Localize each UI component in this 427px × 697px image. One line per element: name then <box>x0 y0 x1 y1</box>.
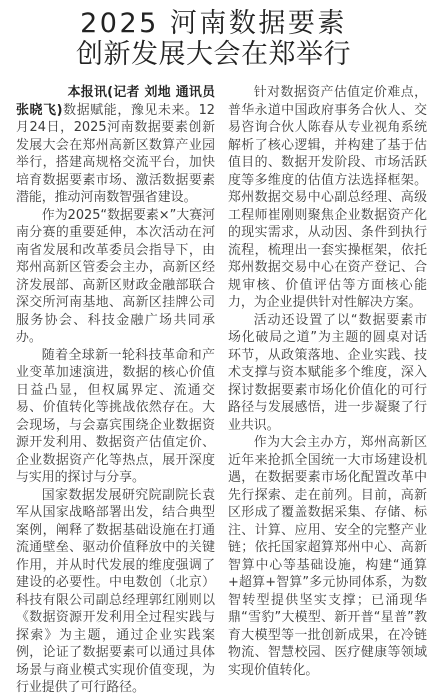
headline-line-2: 创新发展大会在郑举行 <box>0 39 427 70</box>
column-left: 本报讯(记者 刘地 通讯员 张晓飞)数据赋能，豫见未来。12月24日，2025河… <box>16 84 215 572</box>
article-headline: 2025 河南数据要素 创新发展大会在郑举行 <box>0 0 427 70</box>
paragraph-lead: 本报讯(记者 刘地 通讯员 张晓飞)数据赋能，豫见未来。12月24日，2025河… <box>16 84 215 207</box>
headline-line-1: 2025 河南数据要素 <box>0 8 427 39</box>
paragraph: 活动还设置了以“数据要素市场化破局之道”为主题的圆桌对话环节，从政策落地、企业实… <box>228 312 427 435</box>
article-body: 本报讯(记者 刘地 通讯员 张晓飞)数据赋能，豫见未来。12月24日，2025河… <box>0 84 427 572</box>
column-right: 针对数据资产估值定价难点，普华永道中国政府事务合伙人、交易咨询合伙人陈春从专业视… <box>228 84 427 572</box>
paragraph: 随着全球新一轮科技革命和产业变革加速演进，数据的核心价值日益凸显，但权属界定、流… <box>16 347 215 487</box>
paragraph: 作为2025“数据要素×”大赛河南分赛的重要延伸，本次活动在河南省发展和改革委员… <box>16 207 215 347</box>
paragraph: 针对数据资产估值定价难点，普华永道中国政府事务合伙人、交易咨询合伙人陈春从专业视… <box>228 84 427 312</box>
paragraph: 作为大会主办方，郑州高新区近年来抢抓全国统一大市场建设机遇，在数据要素市场化配置… <box>228 434 427 572</box>
paragraph: 国家数据发展研究院副院长袁军从国家战略部署出发，结合典型案例，阐释了数据基础设施… <box>16 487 215 573</box>
